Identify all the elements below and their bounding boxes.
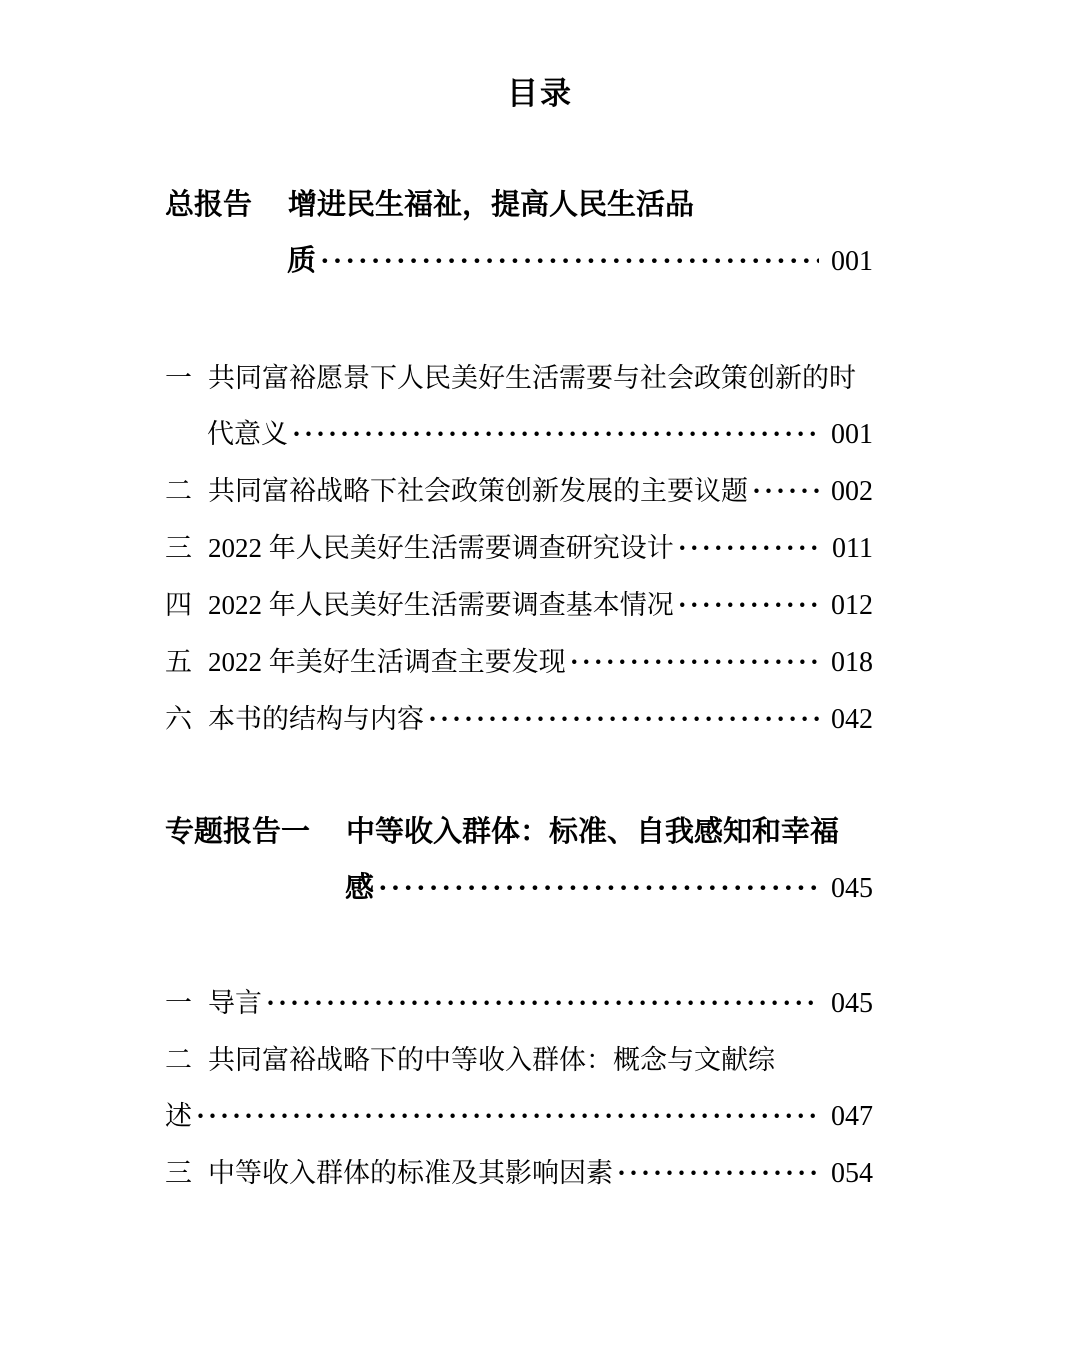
toc-entry-chapter-1: 总报告 增进民生福祉，提高人民生活品 质 001	[165, 177, 873, 290]
toc-entry-title-continuation: 述	[165, 1088, 192, 1144]
dot-leader	[617, 1145, 819, 1201]
toc-entry-title: 共同富裕愿景下人民美好生活需要与社会政策创新的时	[208, 350, 856, 406]
toc-entry-item: 三 中等收入群体的标准及其影响因素 054	[165, 1145, 873, 1202]
toc: 总报告 增进民生福祉，提高人民生活品 质 001 一 共同富裕愿景下人民美好生活…	[0, 177, 1080, 1202]
toc-entry-title: 中等收入群体：标准、自我感知和幸福	[346, 804, 839, 860]
toc-entry-line: 总报告 增进民生福祉，提高人民生活品	[165, 177, 873, 233]
dot-leader	[678, 577, 819, 633]
page-title: 目录	[0, 66, 1080, 122]
toc-entry-label: 一	[165, 350, 192, 406]
toc-entry-title: 共同富裕战略下的中等收入群体：概念与文献综	[208, 1032, 775, 1088]
toc-page-number: 042	[827, 692, 873, 748]
toc-entry-label: 五	[165, 634, 192, 690]
toc-page-number: 011	[827, 521, 873, 577]
toc-page-number: 047	[827, 1089, 873, 1145]
toc-entry-item: 二 共同富裕战略下社会政策创新发展的主要议题 002	[165, 463, 873, 520]
toc-entry-line: 三 2022 年人民美好生活需要调查研究设计 011	[165, 520, 873, 577]
toc-entry-label: 专题报告一	[165, 804, 310, 860]
toc-page-number: 001	[827, 407, 873, 463]
toc-entry-label: 总报告	[165, 177, 252, 233]
toc-entry-label: 三	[165, 1145, 192, 1201]
toc-entry-line: 四 2022 年人民美好生活需要调查基本情况 012	[165, 577, 873, 634]
toc-entry-title: 2022 年人民美好生活需要调查基本情况	[208, 577, 674, 633]
toc-entry-item: 四 2022 年人民美好生活需要调查基本情况 012	[165, 577, 873, 634]
document-page: 目录 总报告 增进民生福祉，提高人民生活品 质 001 一 共同富裕愿景下人民美…	[0, 0, 1080, 1346]
toc-entry-line: 质 001	[165, 233, 873, 290]
toc-entry-title-continuation: 质	[287, 233, 316, 289]
toc-entry-line: 六 本书的结构与内容 042	[165, 691, 873, 748]
toc-entry-label: 四	[165, 577, 192, 633]
toc-page-number: 054	[827, 1146, 873, 1202]
toc-item-group-2: 一 导言 045 二 共同富裕战略下的中等收入群体：概念与文献综 述 047	[165, 975, 873, 1202]
toc-entry-title: 导言	[208, 975, 262, 1031]
toc-page-number: 045	[827, 861, 873, 917]
toc-entry-label: 二	[165, 463, 192, 519]
toc-entry-label: 二	[165, 1032, 192, 1088]
toc-item-group-1: 一 共同富裕愿景下人民美好生活需要与社会政策创新的时 代意义 001 二 共同富…	[165, 350, 873, 748]
toc-entry-line: 代意义 001	[165, 406, 873, 463]
toc-entry-line: 三 中等收入群体的标准及其影响因素 054	[165, 1145, 873, 1202]
dot-leader	[196, 1088, 819, 1144]
dot-leader	[320, 233, 819, 289]
dot-leader	[678, 520, 819, 576]
toc-entry-title: 共同富裕战略下社会政策创新发展的主要议题	[208, 463, 748, 519]
toc-entry-label: 六	[165, 691, 192, 747]
toc-entry-line: 述 047	[165, 1088, 873, 1145]
toc-entry-title: 中等收入群体的标准及其影响因素	[208, 1145, 613, 1201]
toc-entry-line: 一 导言 045	[165, 975, 873, 1032]
toc-entry-item: 六 本书的结构与内容 042	[165, 691, 873, 748]
toc-entry-item: 一 共同富裕愿景下人民美好生活需要与社会政策创新的时 代意义 001	[165, 350, 873, 463]
dot-leader	[292, 406, 819, 462]
toc-entry-item: 五 2022 年美好生活调查主要发现 018	[165, 634, 873, 691]
toc-entry-line: 二 共同富裕战略下的中等收入群体：概念与文献综	[165, 1032, 873, 1088]
toc-page-number: 001	[827, 234, 873, 290]
toc-entry-label: 一	[165, 975, 192, 1031]
toc-entry-item: 二 共同富裕战略下的中等收入群体：概念与文献综 述 047	[165, 1032, 873, 1145]
dot-leader	[378, 860, 819, 916]
toc-entry-title: 本书的结构与内容	[208, 691, 424, 747]
toc-entry-line: 一 共同富裕愿景下人民美好生活需要与社会政策创新的时	[165, 350, 873, 406]
toc-page-number: 002	[827, 464, 873, 520]
toc-page-number: 018	[827, 635, 873, 691]
dot-leader	[266, 975, 819, 1031]
toc-entry-chapter-2: 专题报告一 中等收入群体：标准、自我感知和幸福 感 045	[165, 804, 873, 917]
toc-entry-title-continuation: 代意义	[207, 406, 288, 462]
toc-entry-line: 感 045	[165, 860, 873, 917]
toc-page-number: 045	[827, 976, 873, 1032]
toc-entry-title: 2022 年美好生活调查主要发现	[208, 634, 566, 690]
dot-leader	[570, 634, 819, 690]
dot-leader	[428, 691, 819, 747]
dot-leader	[752, 463, 819, 519]
toc-entry-label: 三	[165, 520, 192, 576]
toc-entry-line: 五 2022 年美好生活调查主要发现 018	[165, 634, 873, 691]
toc-entry-title: 增进民生福祉，提高人民生活品	[288, 177, 694, 233]
toc-entry-title: 2022 年人民美好生活需要调查研究设计	[208, 520, 674, 576]
toc-entry-item: 三 2022 年人民美好生活需要调查研究设计 011	[165, 520, 873, 577]
toc-entry-line: 专题报告一 中等收入群体：标准、自我感知和幸福	[165, 804, 873, 860]
toc-entry-line: 二 共同富裕战略下社会政策创新发展的主要议题 002	[165, 463, 873, 520]
toc-page-number: 012	[827, 578, 873, 634]
toc-entry-item: 一 导言 045	[165, 975, 873, 1032]
toc-entry-title-continuation: 感	[345, 860, 374, 916]
